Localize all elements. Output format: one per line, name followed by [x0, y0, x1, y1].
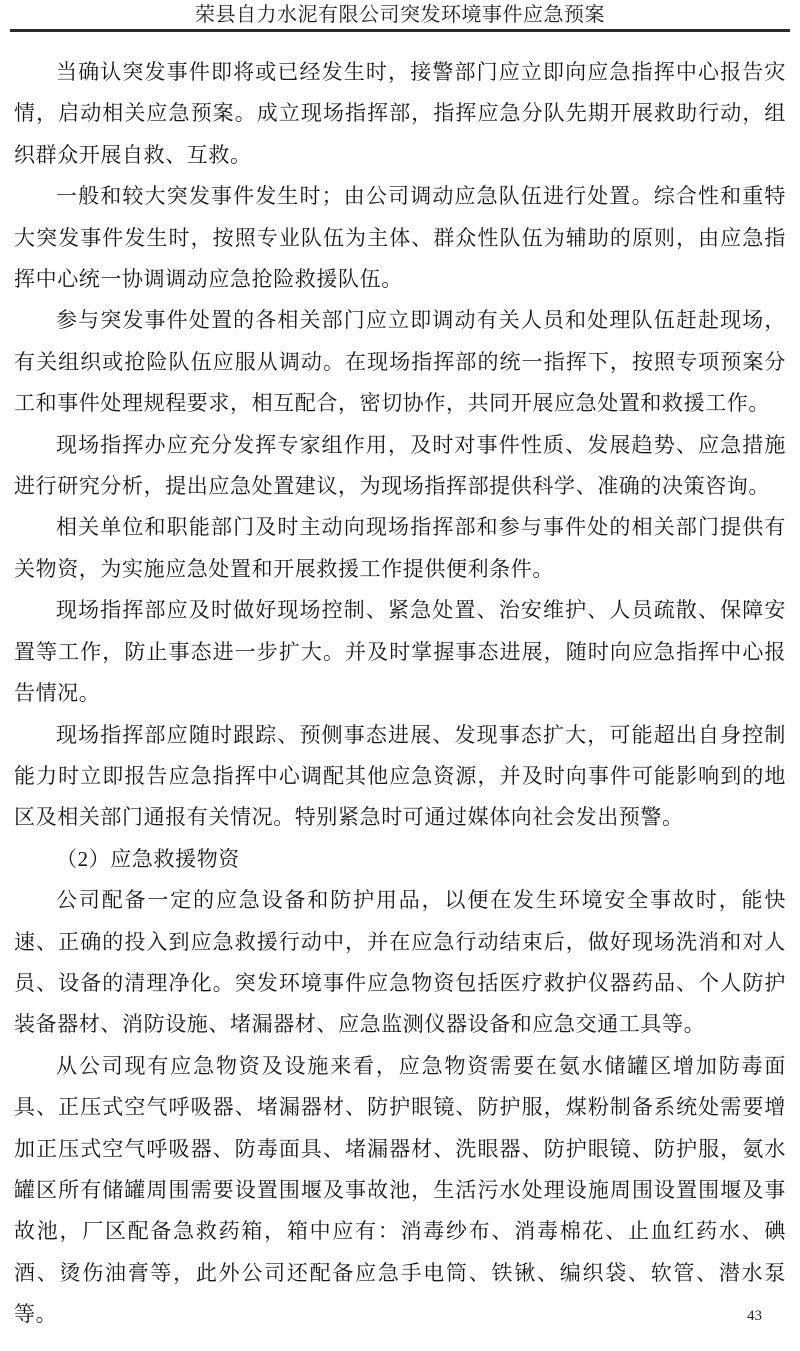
page-header: 荣县自力水泥有限公司突发环境事件应急预案: [0, 0, 800, 32]
paragraph: 参与突发事件处置的各相关部门应立即调动有关人员和处理队伍赶赴现场，有关组织或抢险…: [14, 300, 786, 424]
paragraph: 当确认突发事件即将或已经发生时，接警部门应立即向应急指挥中心报告灾情，启动相关应…: [14, 52, 786, 176]
section-heading: （2）应急救援物资: [14, 839, 786, 880]
paragraph: 相关单位和职能部门及时主动向现场指挥部和参与事件处的相关部门提供有关物资，为实施…: [14, 507, 786, 590]
paragraph: 现场指挥部应及时做好现场控制、紧急处置、治安维护、人员疏散、保障安置等工作，防止…: [14, 590, 786, 714]
paragraph: 从公司现有应急物资及设施来看，应急物资需要在氨水储罐区增加防毒面具、正压式空气呼…: [14, 1046, 786, 1336]
document-title: 荣县自力水泥有限公司突发环境事件应急预案: [0, 4, 800, 26]
page-number: 43: [747, 1307, 762, 1325]
paragraph: 一般和较大突发事件发生时；由公司调动应急队伍进行处置。综合性和重特大突发事件发生…: [14, 176, 786, 300]
paragraph: 现场指挥办应充分发挥专家组作用，及时对事件性质、发展趋势、应急措施进行研究分析，…: [14, 425, 786, 508]
document-page: 荣县自力水泥有限公司突发环境事件应急预案 当确认突发事件即将或已经发生时，接警部…: [0, 0, 800, 1351]
paragraph: 公司配备一定的应急设备和防护用品，以便在发生环境安全事故时，能快速、正确的投入到…: [14, 880, 786, 1046]
document-body: 当确认突发事件即将或已经发生时，接警部门应立即向应急指挥中心报告灾情，启动相关应…: [14, 32, 786, 1336]
paragraph: 现场指挥部应随时跟踪、预侧事态进展、发现事态扩大，可能超出自身控制能力时立即报告…: [14, 715, 786, 839]
